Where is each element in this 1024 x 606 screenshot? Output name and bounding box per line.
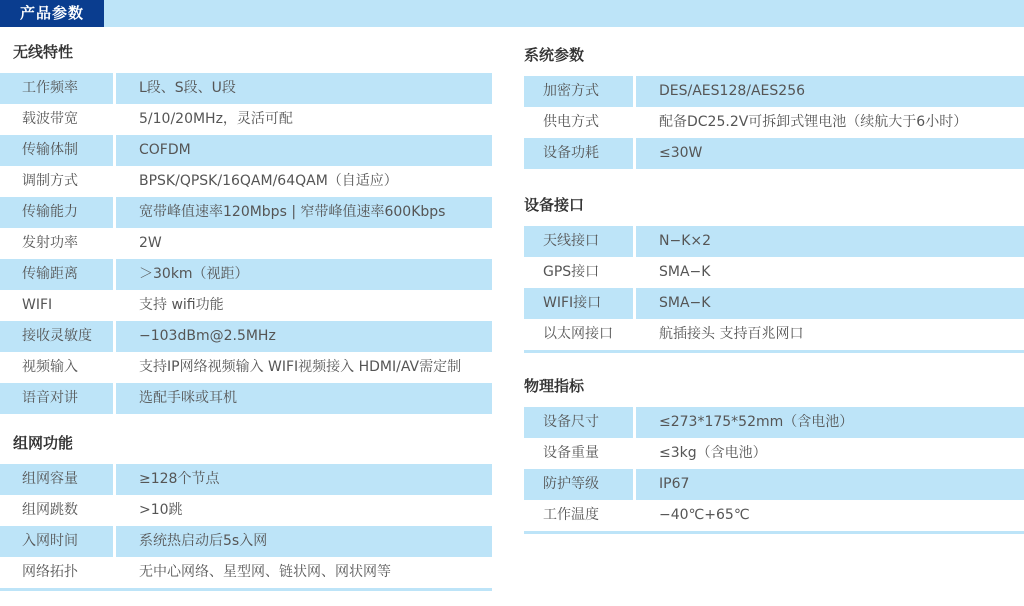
spec-value: 支持 wifi功能 — [116, 290, 492, 321]
spec-value: 支持IP网络视频输入 WIFI视频接入 HDMI/AV需定制 — [116, 352, 492, 383]
spec-value: 系统热启动后5s入网 — [116, 526, 492, 557]
spec-label: 供电方式 — [524, 107, 633, 138]
spec-label: 传输体制 — [0, 135, 113, 166]
header-bar: 产品参数 — [0, 0, 1024, 27]
spec-label: 调制方式 — [0, 166, 113, 197]
spec-value: SMA−K — [636, 257, 1024, 288]
spec-label: GPS接口 — [524, 257, 633, 288]
spec-row: 网络拓扑无中心网络、星型网、链状网、网状网等 — [0, 557, 492, 588]
spec-label: 组网跳数 — [0, 495, 113, 526]
interfaces-spec-table: 天线接口N−K×2 GPS接口SMA−K WIFI接口SMA−K 以太网接口航插… — [524, 226, 1024, 353]
spec-row: 天线接口N−K×2 — [524, 226, 1024, 257]
spec-label: 语音对讲 — [0, 383, 113, 414]
spec-row: 加密方式DES/AES128/AES256 — [524, 76, 1024, 107]
spec-row: 组网容量≥128个节点 — [0, 464, 492, 495]
spec-label: 传输距离 — [0, 259, 113, 290]
spec-label: 视频输入 — [0, 352, 113, 383]
spec-value: −103dBm@2.5MHz — [116, 321, 492, 352]
section-title-networking: 组网功能 — [0, 432, 492, 454]
spec-value: ≤3kg（含电池） — [636, 438, 1024, 469]
spec-row: WIFI接口SMA−K — [524, 288, 1024, 319]
spec-value: ≤30W — [636, 138, 1024, 169]
networking-spec-table: 组网容量≥128个节点 组网跳数>10跳 入网时间系统热启动后5s入网 网络拓扑… — [0, 464, 492, 591]
spec-row: 传输距离＞30km（视距） — [0, 259, 492, 290]
system-spec-table: 加密方式DES/AES128/AES256 供电方式配备DC25.2V可拆卸式锂… — [524, 76, 1024, 169]
section-title-system: 系统参数 — [524, 44, 1024, 66]
spec-row: 接收灵敏度−103dBm@2.5MHz — [0, 321, 492, 352]
spec-row: 传输体制COFDM — [0, 135, 492, 166]
spec-label: 接收灵敏度 — [0, 321, 113, 352]
spec-value: −40℃+65℃ — [636, 500, 1024, 531]
spec-value: N−K×2 — [636, 226, 1024, 257]
table-divider — [524, 531, 1024, 534]
spec-row: 组网跳数>10跳 — [0, 495, 492, 526]
spec-row: 设备功耗≤30W — [524, 138, 1024, 169]
spec-label: 设备功耗 — [524, 138, 633, 169]
right-column: 系统参数 加密方式DES/AES128/AES256 供电方式配备DC25.2V… — [524, 27, 1024, 534]
spec-row: 入网时间系统热启动后5s入网 — [0, 526, 492, 557]
spec-row: 设备重量≤3kg（含电池） — [524, 438, 1024, 469]
spec-value: 5/10/20MHz，灵活可配 — [116, 104, 492, 135]
spec-label: 加密方式 — [524, 76, 633, 107]
section-title-physical: 物理指标 — [524, 375, 1024, 397]
spec-row: GPS接口SMA−K — [524, 257, 1024, 288]
spec-row: 传输能力宽带峰值速率120Mbps | 窄带峰值速率600Kbps — [0, 197, 492, 228]
spec-value: COFDM — [116, 135, 492, 166]
spec-row: 设备尺寸≤273*175*52mm（含电池） — [524, 407, 1024, 438]
spec-row: WIFI支持 wifi功能 — [0, 290, 492, 321]
spec-row: 载波带宽5/10/20MHz，灵活可配 — [0, 104, 492, 135]
spec-label: WIFI — [0, 290, 113, 321]
spec-row: 调制方式BPSK/QPSK/16QAM/64QAM（自适应） — [0, 166, 492, 197]
spec-row: 防护等级IP67 — [524, 469, 1024, 500]
spec-label: WIFI接口 — [524, 288, 633, 319]
spec-value: 航插接头 支持百兆网口 — [636, 319, 1024, 350]
spec-label: 组网容量 — [0, 464, 113, 495]
spec-label: 工作温度 — [524, 500, 633, 531]
spec-label: 工作频率 — [0, 73, 113, 104]
spec-value: ≤273*175*52mm（含电池） — [636, 407, 1024, 438]
section-title-wireless: 无线特性 — [0, 41, 492, 63]
spec-label: 设备尺寸 — [524, 407, 633, 438]
spec-row: 语音对讲选配手咪或耳机 — [0, 383, 492, 414]
spec-value: 无中心网络、星型网、链状网、网状网等 — [116, 557, 492, 588]
spec-value: 2W — [116, 228, 492, 259]
left-column: 无线特性 工作频率L段、S段、U段 载波带宽5/10/20MHz，灵活可配 传输… — [0, 27, 492, 591]
spec-value: ＞30km（视距） — [116, 259, 492, 290]
page-title: 产品参数 — [0, 0, 104, 27]
spec-label: 以太网接口 — [524, 319, 633, 350]
spec-value: >10跳 — [116, 495, 492, 526]
spec-value: BPSK/QPSK/16QAM/64QAM（自适应） — [116, 166, 492, 197]
spec-label: 入网时间 — [0, 526, 113, 557]
spec-value: DES/AES128/AES256 — [636, 76, 1024, 107]
spec-value: 配备DC25.2V可拆卸式锂电池（续航大于6小时） — [636, 107, 1024, 138]
wireless-spec-table: 工作频率L段、S段、U段 载波带宽5/10/20MHz，灵活可配 传输体制COF… — [0, 73, 492, 414]
table-divider — [0, 588, 492, 591]
spec-value: IP67 — [636, 469, 1024, 500]
spec-value: 宽带峰值速率120Mbps | 窄带峰值速率600Kbps — [116, 197, 492, 228]
spec-value: SMA−K — [636, 288, 1024, 319]
spec-label: 天线接口 — [524, 226, 633, 257]
spec-row: 视频输入支持IP网络视频输入 WIFI视频接入 HDMI/AV需定制 — [0, 352, 492, 383]
physical-spec-table: 设备尺寸≤273*175*52mm（含电池） 设备重量≤3kg（含电池） 防护等… — [524, 407, 1024, 534]
spec-row: 以太网接口航插接头 支持百兆网口 — [524, 319, 1024, 350]
spec-row: 工作频率L段、S段、U段 — [0, 73, 492, 104]
spec-label: 传输能力 — [0, 197, 113, 228]
spec-label: 设备重量 — [524, 438, 633, 469]
spec-row: 供电方式配备DC25.2V可拆卸式锂电池（续航大于6小时） — [524, 107, 1024, 138]
spec-label: 载波带宽 — [0, 104, 113, 135]
spec-row: 工作温度−40℃+65℃ — [524, 500, 1024, 531]
spec-value: ≥128个节点 — [116, 464, 492, 495]
spec-label: 发射功率 — [0, 228, 113, 259]
spec-value: L段、S段、U段 — [116, 73, 492, 104]
spec-value: 选配手咪或耳机 — [116, 383, 492, 414]
spec-label: 网络拓扑 — [0, 557, 113, 588]
spec-row: 发射功率2W — [0, 228, 492, 259]
spec-label: 防护等级 — [524, 469, 633, 500]
section-title-interfaces: 设备接口 — [524, 194, 1024, 216]
